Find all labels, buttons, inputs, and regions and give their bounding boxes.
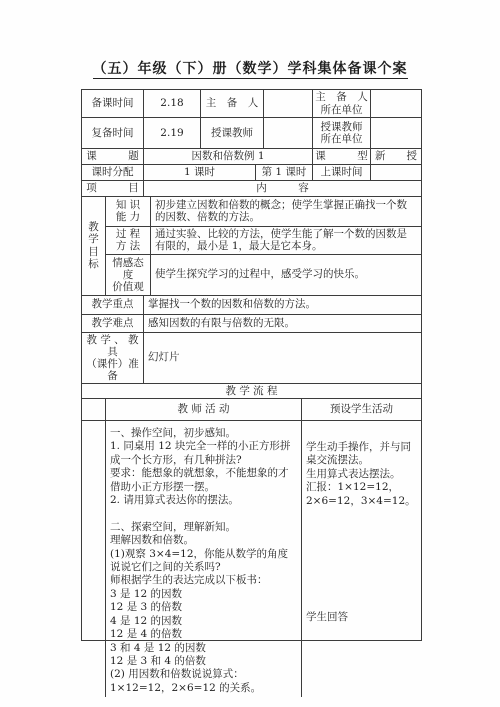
student-activity-text: 学生动手操作，并与同桌交流摆法。 生用算式表达摆法。 汇报：1×12=12，2×…: [306, 441, 417, 508]
key-point-text: 掌握找一个数的因数和倍数的方法。: [144, 296, 421, 314]
prep-time-label: 备课时间: [82, 90, 144, 117]
teaching-goals-body: 知 识 能 力 初步建立因数和倍数的概念；使学生掌握正确找一个数的因数、倍数的方…: [106, 197, 421, 295]
goal-knowledge-text: 初步建立因数和倍数的概念；使学生掌握正确找一个数的因数、倍数的方法。: [151, 197, 421, 226]
main-preparer-label: 主 备 人: [201, 90, 264, 117]
prep-time-value: 2.18: [144, 90, 201, 117]
flow-section-label: 教 学 流 程: [82, 384, 421, 399]
teacher-activity-header: 教 师 活 动: [106, 399, 302, 420]
teaching-aids-label: 教 学 、 教 具 （课件）准 备: [82, 333, 144, 383]
lecturer-label: 授课教师: [201, 118, 264, 148]
course-type-label: 课 型: [313, 149, 371, 164]
reprep-time-value: 2.19: [144, 118, 201, 148]
lesson-plan-document: （五）年级（下）册（数学）学科集体备课个案 备课时间 2.18 主 备 人 主 …: [0, 0, 500, 707]
row-flow-title: 教 学 流 程: [82, 384, 421, 400]
student-activity-header: 预设学生活动: [302, 399, 421, 420]
lecturer-value: [264, 118, 313, 148]
goal-process-text: 通过实验、比较的方法，使学生能了解一个数的因数是有限的，最小是 1，最大是它本身…: [151, 227, 421, 254]
flow-margin-cell: [82, 421, 106, 697]
teacher-activity-cell: 一、操作空间，初步感知。 1. 同桌用 12 块完全一样的小正方形拼成一个长方形…: [106, 421, 302, 697]
row-flow-headers: 教 师 活 动 预设学生活动: [82, 399, 421, 421]
student-answer-text: 学生回答: [306, 611, 417, 624]
key-point-label: 教学重点: [82, 296, 144, 314]
goal-emotion-text: 使学生探究学习的过程中，感受学习的快乐。: [151, 255, 421, 295]
goal-knowledge-label: 知 识 能 力: [106, 197, 151, 226]
page-title-text: （五）年级（下）册（数学）学科集体备课个案: [93, 61, 408, 79]
goal-row-knowledge: 知 识 能 力 初步建立因数和倍数的概念；使学生掌握正确找一个数的因数、倍数的方…: [106, 197, 421, 227]
period-number: 第 1 课时: [256, 165, 313, 180]
item-label: 项 目: [82, 181, 144, 196]
main-preparer-value: [264, 90, 313, 117]
row-item-content: 项 目 内 容: [82, 181, 421, 197]
main-preparer-unit-label: 主 备 人 所在单位: [313, 90, 371, 117]
goal-row-process: 过 程 方 法 通过实验、比较的方法，使学生能了解一个数的因数是有限的，最小是 …: [106, 227, 421, 255]
lecturer-unit-label: 授课教师 所在单位: [313, 118, 371, 148]
section-teaching-goals: 教 学 目 标 知 识 能 力 初步建立因数和倍数的概念；使学生掌握正确找一个数…: [82, 197, 421, 296]
content-label: 内 容: [144, 181, 421, 196]
row-difficulty: 教学难点 感知因数的有限与倍数的无限。: [82, 315, 421, 333]
row-flow-content: 一、操作空间，初步感知。 1. 同桌用 12 块完全一样的小正方形拼成一个长方形…: [82, 421, 421, 697]
class-time-label: 上课时间: [313, 165, 371, 180]
main-preparer-unit-value: [371, 90, 421, 117]
course-type-value: 新 授: [371, 149, 421, 164]
row-topic: 课 题 因数和倍数例 1 课 型 新 授: [82, 149, 421, 165]
difficulty-text: 感知因数的有限与倍数的无限。: [144, 315, 421, 332]
row-key-point: 教学重点 掌握找一个数的因数和倍数的方法。: [82, 296, 421, 315]
lecturer-unit-value: [371, 118, 421, 148]
teaching-goals-label: 教 学 目 标: [82, 197, 106, 295]
topic-label: 课 题: [82, 149, 144, 164]
goal-emotion-label: 情感态 度 价值观: [106, 255, 151, 295]
student-activity-cell: 学生动手操作，并与同桌交流摆法。 生用算式表达摆法。 汇报：1×12=12，2×…: [302, 421, 421, 697]
row-period: 课时分配 1 课时 第 1 课时 上课时间: [82, 165, 421, 181]
teaching-aids-text: 幻灯片: [144, 333, 421, 383]
row-teaching-aids: 教 学 、 教 具 （课件）准 备 幻灯片: [82, 333, 421, 384]
period-alloc-label: 课时分配: [82, 165, 144, 180]
difficulty-label: 教学难点: [82, 315, 144, 332]
period-alloc-value: 1 课时: [144, 165, 256, 180]
class-time-value: [371, 165, 421, 180]
topic-value: 因数和倍数例 1: [144, 149, 313, 164]
goal-row-emotion: 情感态 度 价值观 使学生探究学习的过程中，感受学习的快乐。: [106, 255, 421, 295]
lesson-plan-table: 备课时间 2.18 主 备 人 主 备 人 所在单位 复备时间 2.19 授课教…: [81, 89, 422, 641]
row-prep-time: 备课时间 2.18 主 备 人 主 备 人 所在单位: [82, 90, 421, 118]
teacher-activity-text: 一、操作空间，初步感知。 1. 同桌用 12 块完全一样的小正方形拼成一个长方形…: [110, 427, 297, 695]
reprep-time-label: 复备时间: [82, 118, 144, 148]
row-reprep-time: 复备时间 2.19 授课教师 授课教师 所在单位: [82, 118, 421, 149]
page-title: （五）年级（下）册（数学）学科集体备课个案: [0, 0, 500, 78]
flow-margin-header-cell: [82, 399, 106, 420]
goal-process-label: 过 程 方 法: [106, 227, 151, 254]
